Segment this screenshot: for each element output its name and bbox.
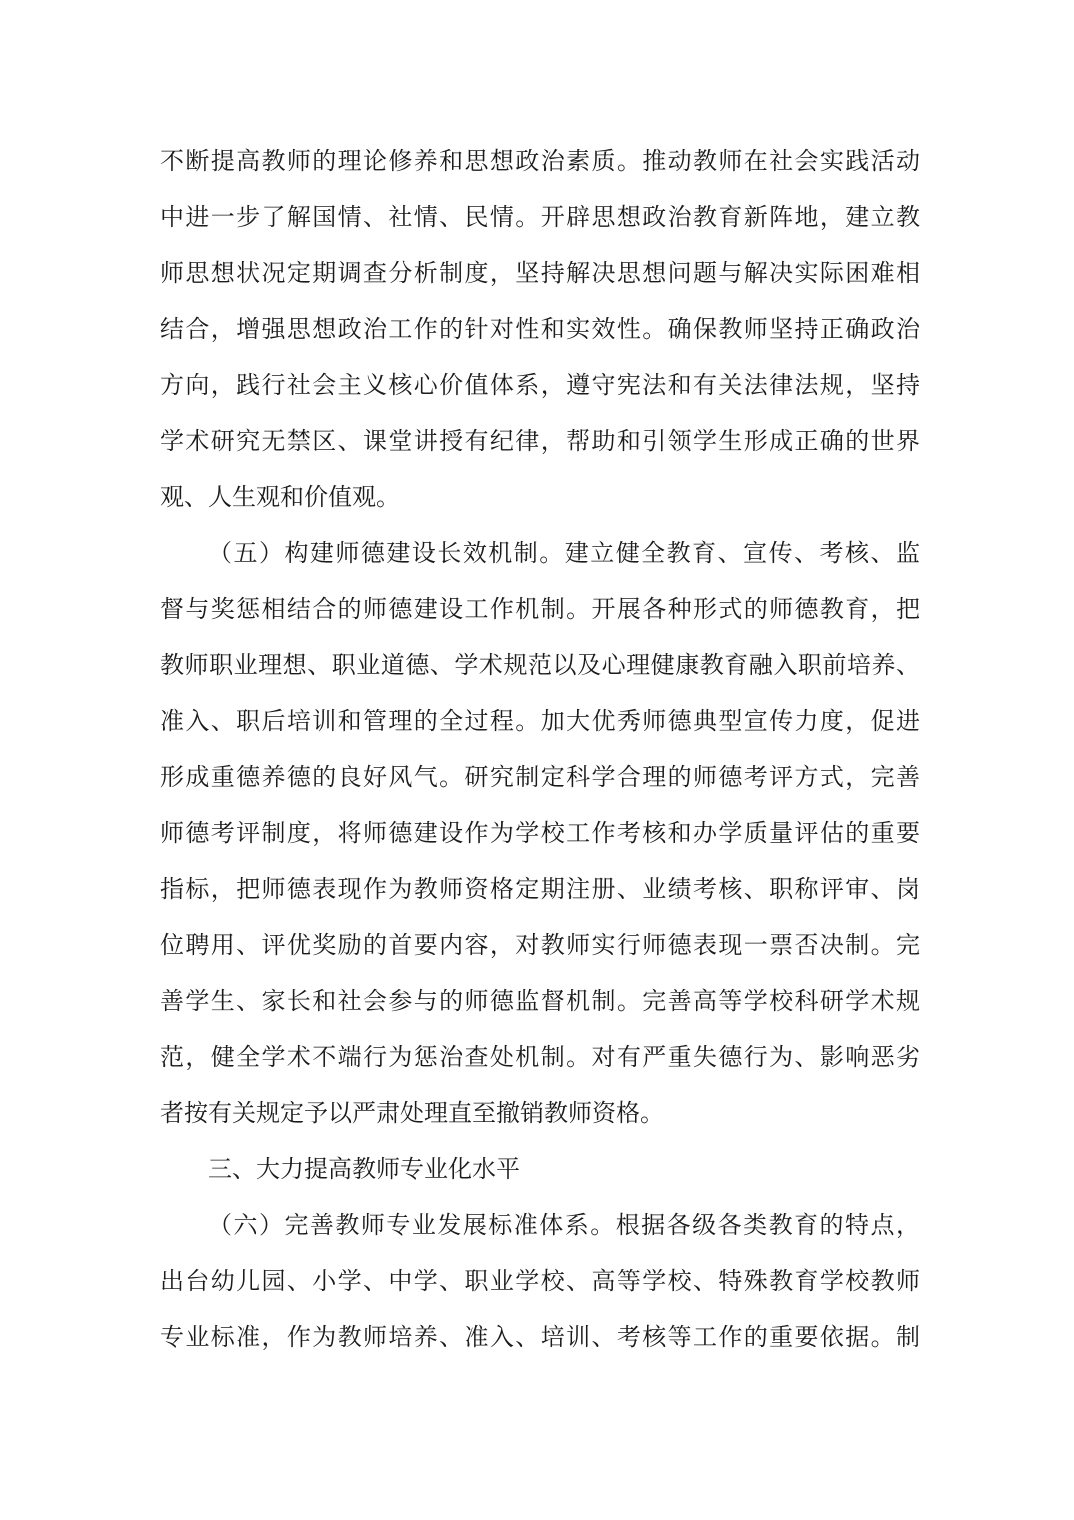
text-line: 者按有关规定予以严肃处理直至撤销教师资格。: [160, 1086, 920, 1142]
text-line: 指标，把师德表现作为教师资格定期注册、业绩考核、职称评审、岗: [160, 862, 920, 918]
text-line: 师思想状况定期调查分析制度，坚持解决思想问题与解决实际困难相: [160, 246, 920, 302]
document-page: 不断提高教师的理论修养和思想政治素质。推动教师在社会实践活动中进一步了解国情、社…: [0, 0, 1074, 1520]
text-line: 方向，践行社会主义核心价值体系，遵守宪法和有关法律法规，坚持: [160, 358, 920, 414]
text-line: 形成重德养德的良好风气。研究制定科学合理的师德考评方式，完善: [160, 750, 920, 806]
text-line: 学术研究无禁区、课堂讲授有纪律，帮助和引领学生形成正确的世界: [160, 414, 920, 470]
text-line: 不断提高教师的理论修养和思想政治素质。推动教师在社会实践活动: [160, 134, 920, 190]
paragraph-item-5: （五）构建师德建设长效机制。建立健全教育、宣传、考核、监督与奖惩相结合的师德建设…: [160, 526, 920, 1142]
text-line: 师德考评制度，将师德建设作为学校工作考核和办学质量评估的重要: [160, 806, 920, 862]
text-line: 三、大力提高教师专业化水平: [160, 1142, 920, 1198]
text-line: 准入、职后培训和管理的全过程。加大优秀师德典型宣传力度，促进: [160, 694, 920, 750]
text-line: 专业标准，作为教师培养、准入、培训、考核等工作的重要依据。制: [160, 1310, 920, 1366]
document-text-block: 不断提高教师的理论修养和思想政治素质。推动教师在社会实践活动中进一步了解国情、社…: [160, 134, 920, 1366]
text-line: （五）构建师德建设长效机制。建立健全教育、宣传、考核、监: [160, 526, 920, 582]
paragraph-item-6: （六）完善教师专业发展标准体系。根据各级各类教育的特点，出台幼儿园、小学、中学、…: [160, 1198, 920, 1366]
text-line: 观、人生观和价值观。: [160, 470, 920, 526]
text-line: 位聘用、评优奖励的首要内容，对教师实行师德表现一票否决制。完: [160, 918, 920, 974]
text-line: 中进一步了解国情、社情、民情。开辟思想政治教育新阵地，建立教: [160, 190, 920, 246]
text-line: 善学生、家长和社会参与的师德监督机制。完善高等学校科研学术规: [160, 974, 920, 1030]
section-heading-3: 三、大力提高教师专业化水平: [160, 1142, 920, 1198]
text-line: 教师职业理想、职业道德、学术规范以及心理健康教育融入职前培养、: [160, 638, 920, 694]
text-line: 督与奖惩相结合的师德建设工作机制。开展各种形式的师德教育，把: [160, 582, 920, 638]
paragraph-continuation: 不断提高教师的理论修养和思想政治素质。推动教师在社会实践活动中进一步了解国情、社…: [160, 134, 920, 526]
text-line: 结合，增强思想政治工作的针对性和实效性。确保教师坚持正确政治: [160, 302, 920, 358]
text-line: 范，健全学术不端行为惩治查处机制。对有严重失德行为、影响恶劣: [160, 1030, 920, 1086]
text-line: 出台幼儿园、小学、中学、职业学校、高等学校、特殊教育学校教师: [160, 1254, 920, 1310]
text-line: （六）完善教师专业发展标准体系。根据各级各类教育的特点，: [160, 1198, 920, 1254]
